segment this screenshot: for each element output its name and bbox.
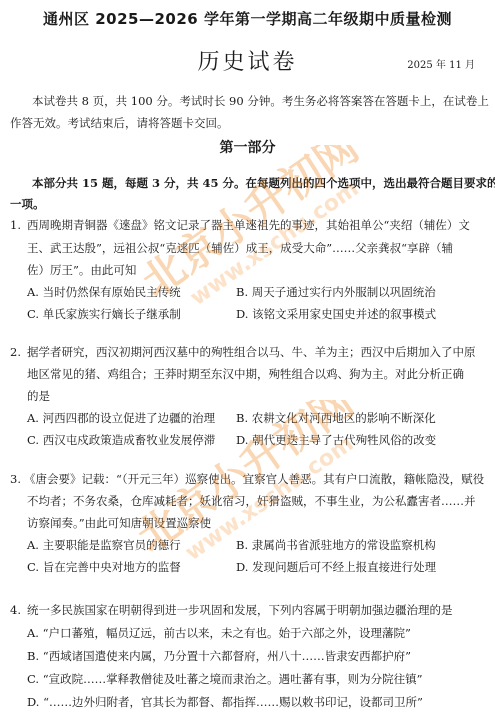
intro-line-2: 作答无效。考试结束后，请将答题卡交回。 [10, 112, 229, 134]
option-b: B. “西域诸国遣使来内属，乃分置十六都督府，州八十……皆隶安西都护府” [27, 645, 411, 667]
option-d: D. 该铭文采用家史国史并述的叙事模式 [236, 303, 436, 325]
question-text-line: 西周晚期青铜器《逨盘》铭文记录了器主单逨祖先的事迹，其始祖单公“夹绍（辅佐）文 [27, 214, 470, 236]
question-number: 1. [10, 214, 21, 236]
question-text-line: 佐）厉王”。由此可知 [27, 259, 136, 281]
option-d: D. 朝代更迭主导了古代殉牲风俗的改变 [236, 429, 436, 451]
question-text-line: 访察闻奏。”由此可知唐朝设置巡察使 [27, 512, 211, 534]
exam-header-title: 通州区 2025—2026 学年第一学期高二年级期中质量检测 [0, 8, 495, 29]
option-c: C. 西汉屯戍政策造成畜牧业发展停滞 [27, 429, 215, 451]
question-text-line: 不均者；不务农桑，仓库减耗者；妖讹宿习，奸猾盗贼，不事生业，为公私蠹害者……并 [27, 490, 476, 512]
question-number: 3. [10, 468, 21, 490]
question-text-line: 据学者研究，西汉初期河西汉墓中的殉牲组合以马、牛、羊为主；西汉中后期加入了中原 [27, 341, 476, 363]
section-instructions-1: 本部分共 15 题，每题 3 分，共 45 分。在每题列出的四个选项中，选出最符… [32, 172, 495, 194]
question-number: 2. [10, 341, 21, 363]
question-text-line: 的是 [27, 385, 50, 407]
option-d: D. “……边外归附者，官其长为都督、都指挥……赐以敕书印记，设都司卫所” [27, 691, 423, 713]
option-b: B. 隶属尚书省派驻地方的常设监察机构 [236, 534, 436, 556]
option-c: C. 旨在完善中央对地方的监督 [27, 556, 181, 578]
exam-date: 2025 年 11 月 [407, 56, 475, 71]
option-c: C. 单氏家族实行嫡长子继承制 [27, 303, 181, 325]
question-text-line: 地区常见的猪、鸡组合；王莽时期至东汉中期，殉牲组合以鸡、狗为主。对此分析正确 [27, 363, 464, 385]
intro-line-1: 本试卷共 8 页，共 100 分。考试时长 90 分钟。考生务必将答案答在答题卡… [32, 90, 489, 112]
question-text-line: 王、武王达殷”，远祖公叔“克逑匹（辅佐）成王，成受大命”……父亲龚叔“享辟（辅 [27, 237, 453, 259]
option-b: B. 农耕文化对河西地区的影响不断深化 [236, 407, 436, 429]
option-c: C. “宣政院……掌释教僧徒及吐蕃之境而隶治之。遇吐蕃有事，则为分院往镇” [27, 668, 422, 690]
exam-page: 通州区 2025—2026 学年第一学期高二年级期中质量检测 历史试卷 2025… [0, 0, 495, 713]
option-b: B. 周天子通过实行内外服制以巩固统治 [236, 281, 436, 303]
option-a: A. 河西四郡的设立促进了边疆的治理 [27, 407, 215, 429]
question-number: 4. [10, 599, 21, 621]
question-text-line: 统一多民族国家在明朝得到进一步巩固和发展，下列内容属于明朝加强边疆治理的是 [27, 599, 453, 621]
question-text-line: 《唐会要》记载：“（开元三年）巡察使出。宜察官人善恶。其有户口流散，籍帐隐没，赋… [24, 468, 484, 490]
option-a: A. 主要职能是监察官员的德行 [27, 534, 181, 556]
section-title: 第一部分 [0, 137, 495, 157]
option-a: A. “户口蕃殖，幅员辽远，前古以来，未之有也。始于六部之外，设理藩院” [27, 622, 411, 644]
option-d: D. 发现问题后可不经上报直接进行处理 [236, 556, 436, 578]
option-a: A. 当时仍然保有原始民主传统 [27, 281, 181, 303]
section-instructions-2: 一项。 [10, 193, 45, 215]
